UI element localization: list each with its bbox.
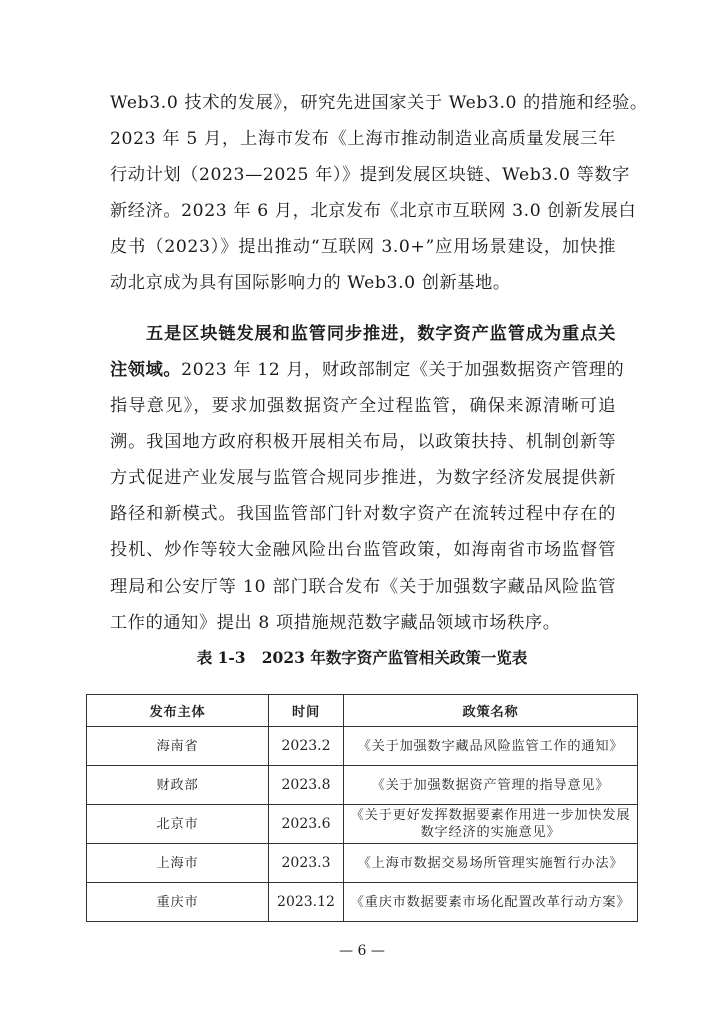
cell-policy: 《重庆市数据要素市场化配置改革行动方案》	[344, 883, 638, 922]
body-line: 理局和公安厅等 10 部门联合发布《关于加强数字藏品风险监管	[110, 569, 616, 605]
body-line: Web3.0 技术的发展》，研究先进国家关于 Web3.0 的措施和经验。	[110, 85, 616, 121]
table-row: 海南省 2023.2 《关于加强数字藏品风险监管工作的通知》	[87, 727, 638, 766]
body-line: 行动计划（2023—2025 年）》提到发展区块链、Web3.0 等数字	[110, 157, 616, 193]
column-header-policy: 政策名称	[344, 695, 638, 727]
cell-policy: 《关于加强数字藏品风险监管工作的通知》	[344, 727, 638, 766]
cell-date: 2023.3	[269, 844, 344, 883]
body-line: 指导意见》，要求加强数据资产全过程监管，确保来源清晰可追	[110, 388, 616, 424]
body-line: 溯。我国地方政府积极开展相关布局，以政策扶持、机制创新等	[110, 424, 616, 460]
table-header-row: 发布主体 时间 政策名称	[87, 695, 638, 727]
cell-issuer: 上海市	[87, 844, 269, 883]
table-row: 北京市 2023.6 《关于更好发挥数据要素作用进一步加快发展 数字经济的实施意…	[87, 805, 638, 844]
body-line: 新经济。2023 年 6 月，北京发布《北京市互联网 3.0 创新发展白	[110, 193, 616, 229]
table-row: 财政部 2023.8 《关于加强数据资产管理的指导意见》	[87, 766, 638, 805]
cell-issuer: 海南省	[87, 727, 269, 766]
column-header-issuer: 发布主体	[87, 695, 269, 727]
paragraph-heading: 五是区块链发展和监管同步推进，数字资产监管成为重点关	[146, 316, 616, 352]
cell-policy: 《关于更好发挥数据要素作用进一步加快发展 数字经济的实施意见》	[344, 805, 638, 844]
policy-table: 发布主体 时间 政策名称 海南省 2023.2 《关于加强数字藏品风险监管工作的…	[86, 694, 638, 922]
cell-policy: 《上海市数据交易场所管理实施暂行办法》	[344, 844, 638, 883]
cell-issuer: 重庆市	[87, 883, 269, 922]
body-line: 工作的通知》提出 8 项措施规范数字藏品领域市场秩序。	[110, 605, 616, 641]
table-caption: 表 1-3 2023 年数字资产监管相关政策一览表	[0, 643, 724, 673]
body-line: 注领域。2023 年 12 月，财政部制定《关于加强数据资产管理的	[110, 352, 616, 388]
body-line: 投机、炒作等较大金融风险出台监管政策，如海南省市场监督管	[110, 532, 616, 568]
cell-issuer: 财政部	[87, 766, 269, 805]
cell-issuer: 北京市	[87, 805, 269, 844]
paragraph-heading-tail: 注领域。	[110, 360, 181, 380]
body-line: 路径和新模式。我国监管部门针对数字资产在流转过程中存在的	[110, 496, 616, 532]
body-text: 2023 年 12 月，财政部制定《关于加强数据资产管理的	[181, 360, 624, 380]
cell-policy-line: 《关于更好发挥数据要素作用进一步加快发展	[348, 807, 633, 824]
body-line: 动北京成为具有国际影响力的 Web3.0 创新基地。	[110, 265, 616, 301]
body-line: 方式促进产业发展与监管合规同步推进，为数字经济发展提供新	[110, 460, 616, 496]
document-page: Web3.0 技术的发展》，研究先进国家关于 Web3.0 的措施和经验。 20…	[0, 0, 724, 1024]
cell-date: 2023.6	[269, 805, 344, 844]
body-line: 皮书（2023）》提出推动“互联网 3.0+”应用场景建设，加快推	[110, 229, 616, 265]
cell-policy-line: 数字经济的实施意见》	[348, 824, 633, 841]
cell-date: 2023.2	[269, 727, 344, 766]
column-header-date: 时间	[269, 695, 344, 727]
body-line: 2023 年 5 月，上海市发布《上海市推动制造业高质量发展三年	[110, 121, 616, 157]
cell-date: 2023.8	[269, 766, 344, 805]
cell-date: 2023.12	[269, 883, 344, 922]
cell-policy: 《关于加强数据资产管理的指导意见》	[344, 766, 638, 805]
table-row: 重庆市 2023.12 《重庆市数据要素市场化配置改革行动方案》	[87, 883, 638, 922]
table-row: 上海市 2023.3 《上海市数据交易场所管理实施暂行办法》	[87, 844, 638, 883]
page-number: — 6 —	[0, 941, 724, 961]
